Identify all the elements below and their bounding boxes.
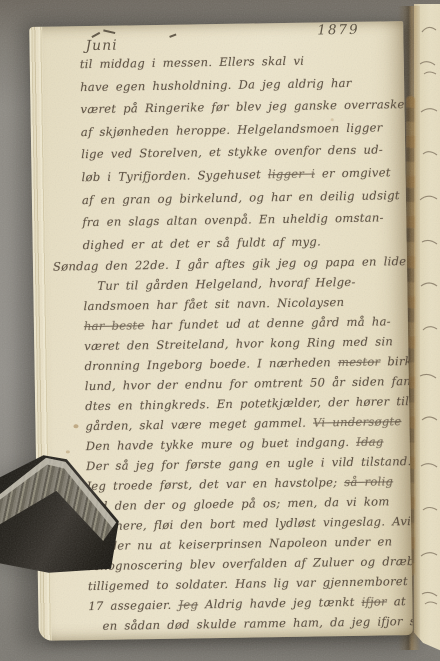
month-heading: Juni bbox=[85, 38, 117, 55]
paper-spot bbox=[331, 118, 334, 121]
struck-through-words: Idag bbox=[356, 435, 384, 449]
paper-spot bbox=[73, 424, 78, 428]
diary-photograph: Juni 1879 til middag i messen. Ellers sk… bbox=[0, 0, 440, 661]
struck-through-words: ifjor bbox=[361, 595, 387, 609]
stray-ink-mark bbox=[169, 34, 176, 38]
struck-through-words: har beste bbox=[84, 319, 145, 334]
year-heading: 1879 bbox=[317, 22, 360, 39]
struck-through-words: Vi undersøgte bbox=[313, 415, 402, 430]
struck-through-words: så rolig bbox=[344, 475, 393, 490]
struck-through-words: Jeg bbox=[178, 598, 198, 612]
struck-through-words: mestor bbox=[338, 355, 381, 370]
stray-ink-mark bbox=[103, 29, 115, 34]
metal-blade-object bbox=[0, 446, 124, 578]
struck-through-words: ligger i bbox=[268, 166, 315, 181]
handwritten-text: til middag i messen. Ellers skal vihave … bbox=[80, 48, 405, 636]
handwriting-line: en sådan død skulde ramme ham, da jeg if… bbox=[102, 611, 404, 636]
